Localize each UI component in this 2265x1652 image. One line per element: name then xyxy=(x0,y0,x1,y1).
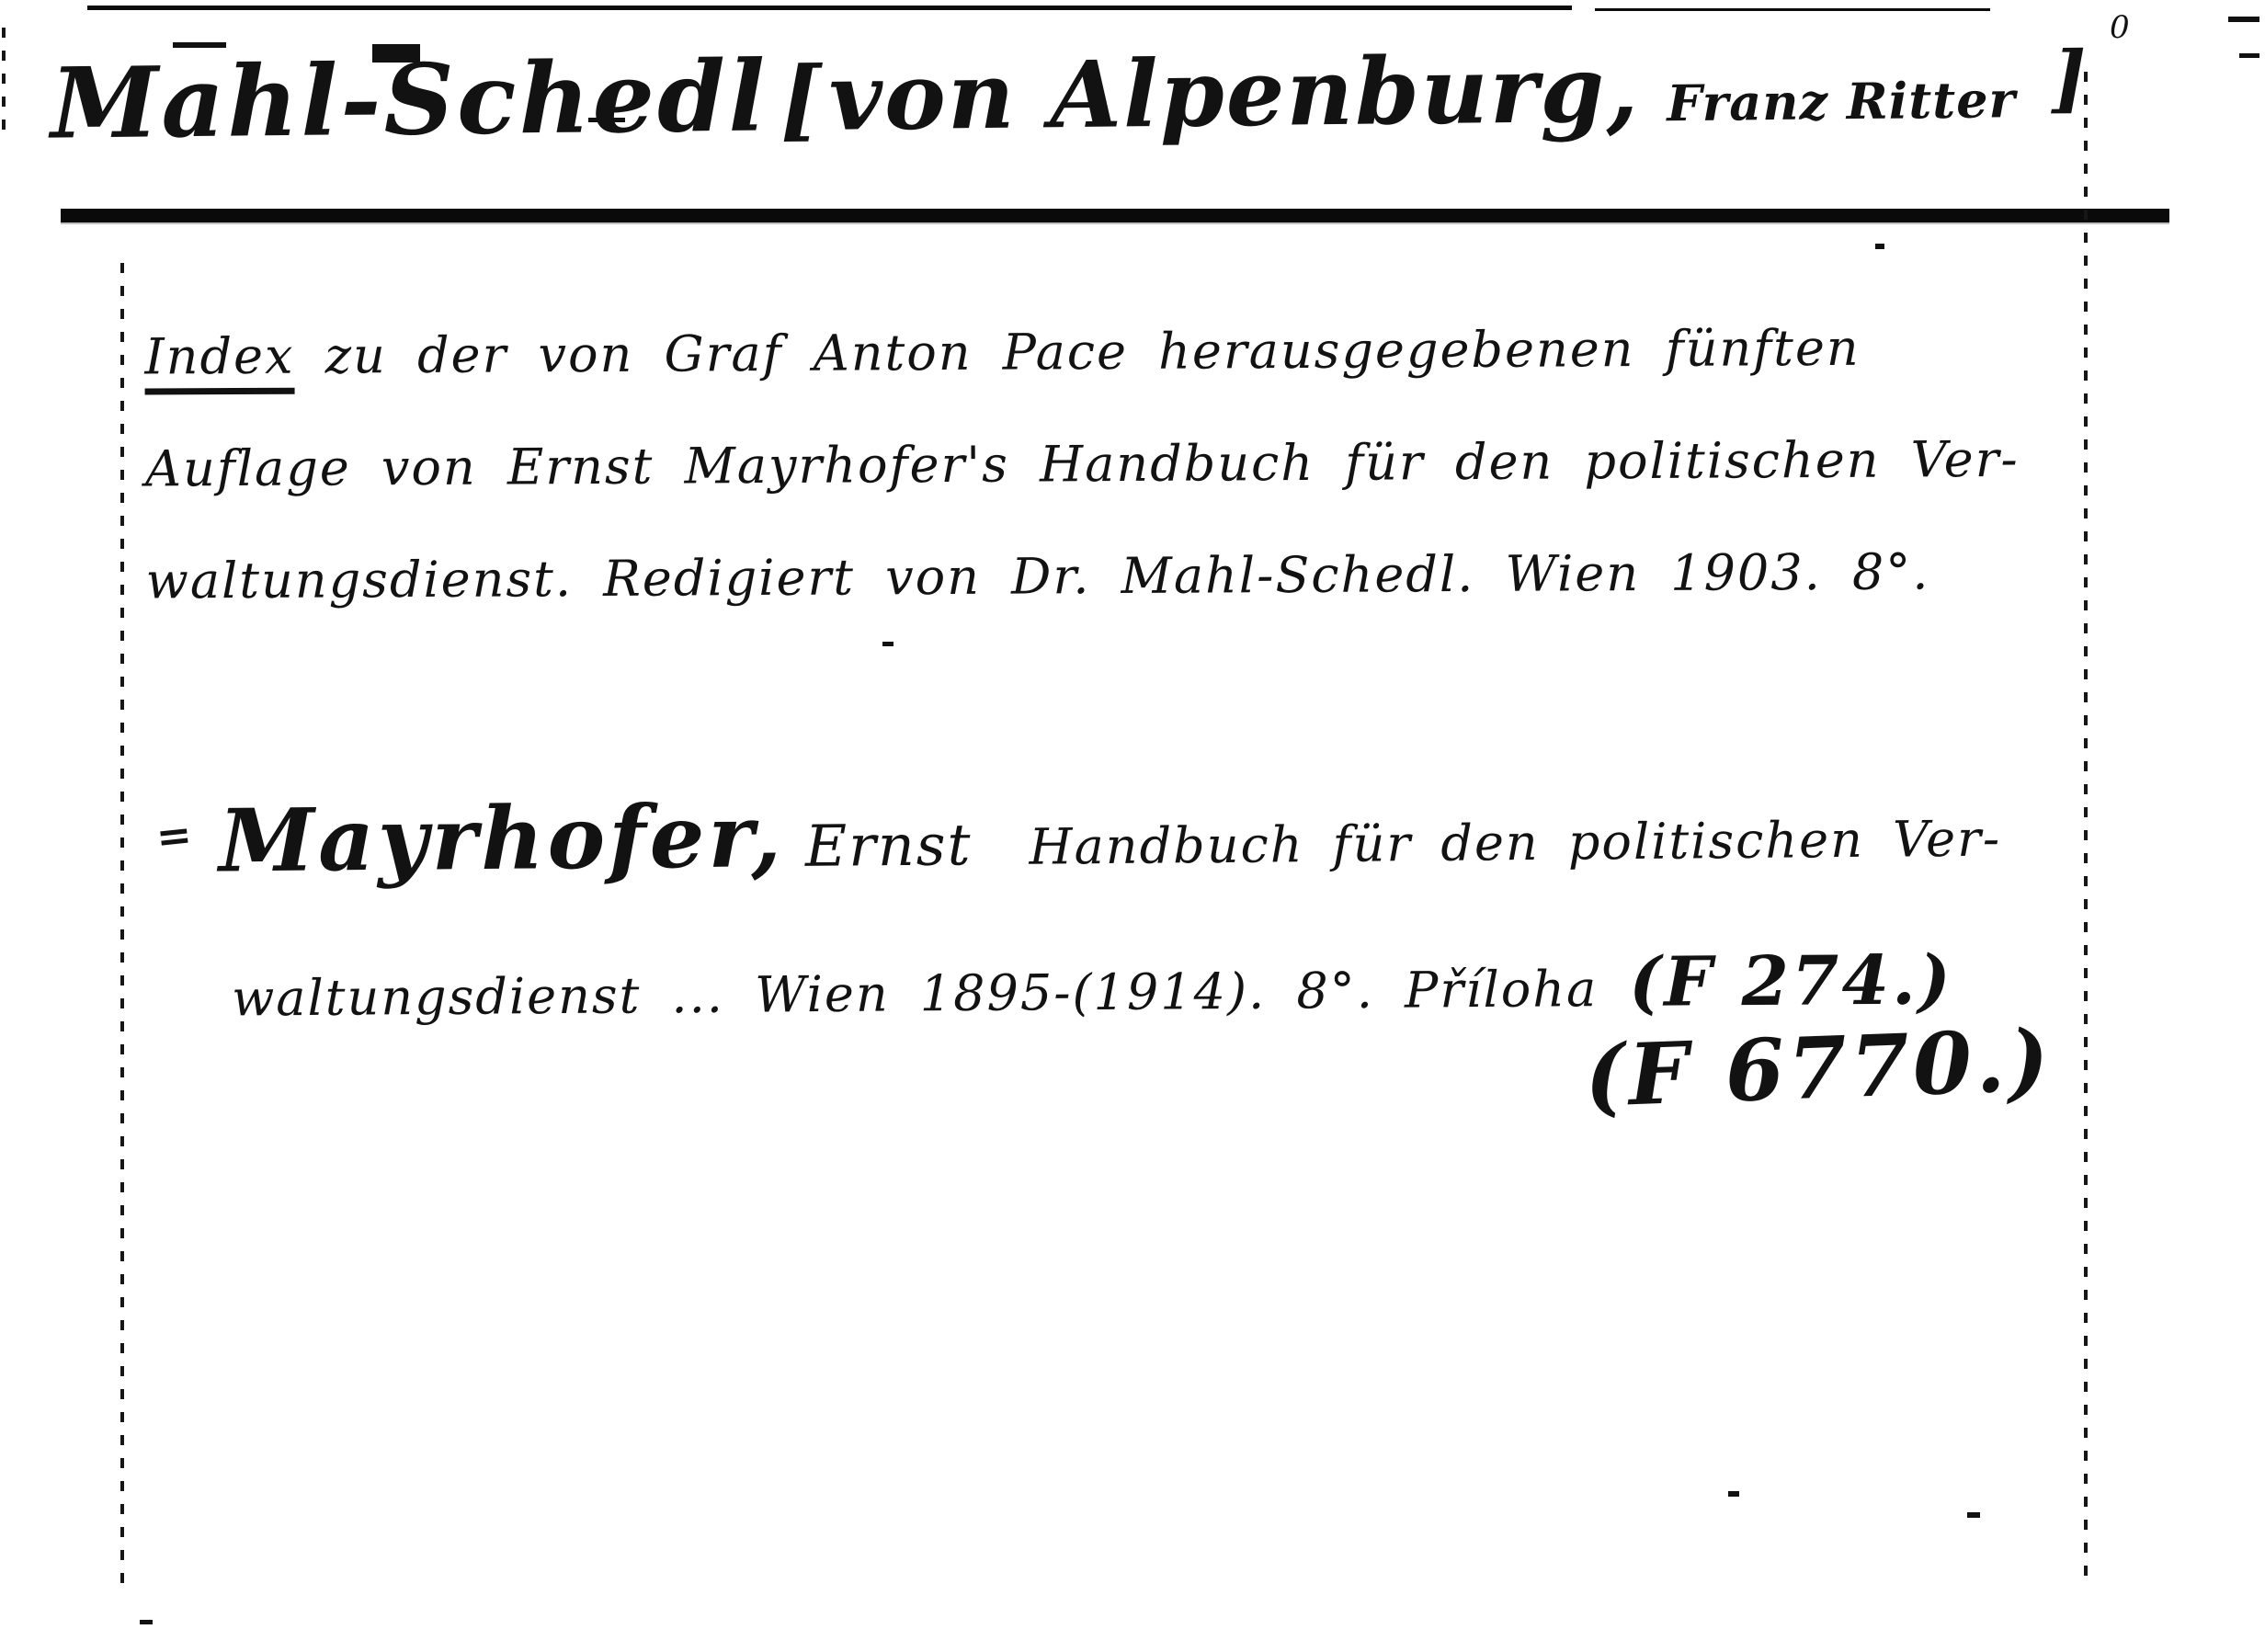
heading-name: Mahl-Schedl xyxy=(50,38,768,160)
reference-entry-line1: Mayrhofer,ErnstHandbuch für den politisc… xyxy=(219,776,2002,893)
index-note-paragraph: Index zu der von Graf Anton Pace herausg… xyxy=(144,291,2095,637)
author-surname: Mayrhofer, xyxy=(219,786,786,892)
heading-note-small: Franz Ritter xyxy=(1667,70,2016,132)
author-firstname: Ernst xyxy=(805,811,973,880)
reference-title-part1: Handbuch für den politischen Ver- xyxy=(1029,810,2001,876)
heading-bracket-open-icon: [ xyxy=(774,47,830,152)
underlined-word: Index xyxy=(144,327,294,395)
scan-speck xyxy=(1967,1512,1980,1518)
scan-edge-artifact xyxy=(87,6,1572,10)
card-heading: Mahl-Schedl [von Alpenburg, Franz Ritter… xyxy=(50,24,2094,160)
reference-title-part2: waltungsdienst ... Wien 1895-(1914). 8°.… xyxy=(232,960,1599,1027)
index-note-line1-rest: zu der von Graf Anton Pace herausgegeben… xyxy=(294,319,1860,385)
scan-speck xyxy=(1875,244,1884,249)
scan-edge-artifact xyxy=(1595,8,1990,11)
shelfmark-f6770: (F 6770.) xyxy=(1583,1010,2054,1126)
index-note-line3: waltungsdienst. Redigiert von Dr. Mahl-S… xyxy=(145,515,2095,637)
index-note-line2: Auflage von Ernst Mayrhofer's Handbuch f… xyxy=(145,403,2095,525)
left-margin-dotted-line xyxy=(120,263,124,1594)
catalog-card-scan: 0 Mahl-Schedl [von Alpenburg, Franz Ritt… xyxy=(0,0,2265,1652)
left-edge-dotted-artifact xyxy=(2,28,6,138)
scan-speck xyxy=(140,1620,153,1624)
shelfmark-f274: (F 274.) xyxy=(1629,940,1953,1021)
header-rule xyxy=(61,209,2169,222)
cross-reference-mark: = xyxy=(154,809,194,862)
scan-speck xyxy=(882,642,893,646)
reference-entry-line2: waltungsdienst ... Wien 1895-(1914). 8°.… xyxy=(232,940,1953,1031)
scan-speck xyxy=(2228,17,2259,22)
scan-speck xyxy=(2239,53,2259,58)
corner-mark: 0 xyxy=(2110,9,2130,46)
index-note-line1: Index zu der von Graf Anton Pace herausg… xyxy=(144,291,2094,413)
heading-note: von Alpenburg, xyxy=(828,35,1640,152)
scan-speck xyxy=(1728,1491,1739,1497)
